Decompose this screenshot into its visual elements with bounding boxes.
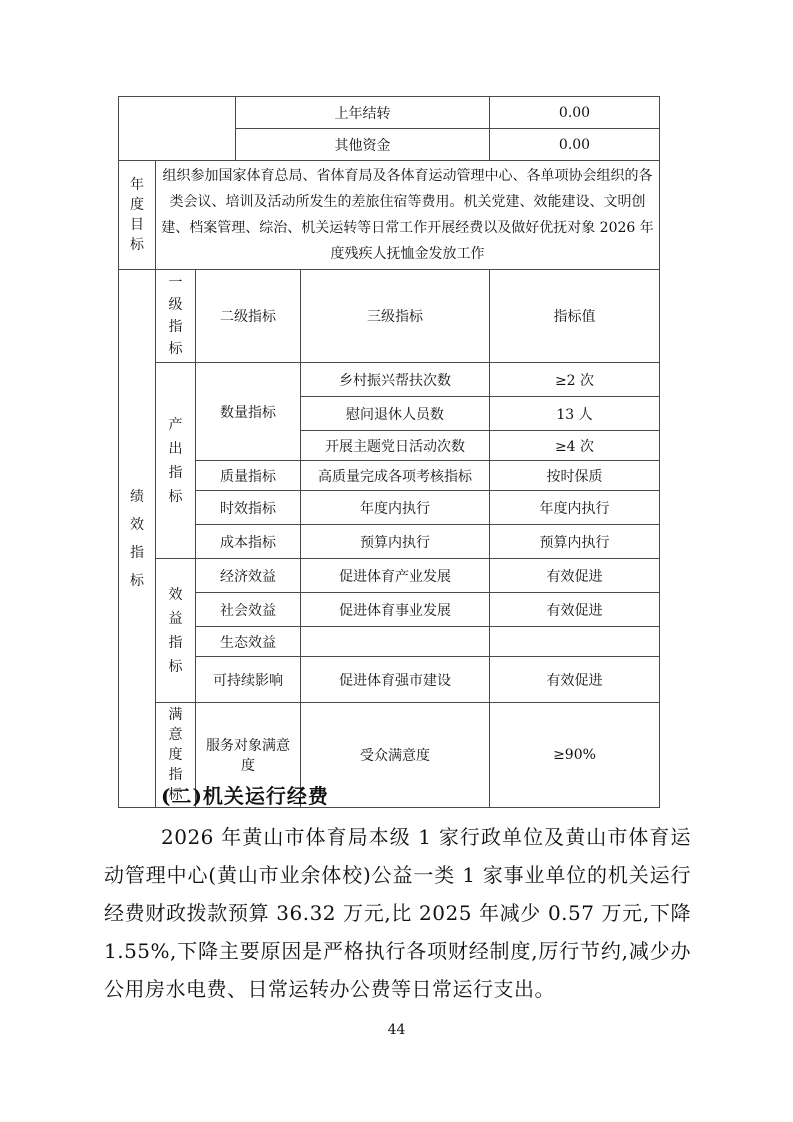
perf-indicator-value: 有效促进	[490, 559, 660, 593]
perf-output-label: 产出指标	[156, 363, 196, 559]
perf-benefit-label: 效益指标	[156, 559, 196, 703]
perf-ecological-label: 生态效益	[196, 627, 301, 657]
perf-indicator-value	[490, 627, 660, 657]
performance-table: 绩效指标 一级指标 二级指标 三级指标 指标值 产出指标 数量指标 乡村振兴帮扶…	[118, 269, 660, 808]
carryover-table: 上年结转 0.00 其他资金 0.00	[118, 96, 660, 161]
perf-indicator-value: ≥4 次	[490, 431, 660, 461]
table-row: 时效指标 年度内执行 年度内执行	[119, 491, 660, 525]
document-page: 上年结转 0.00 其他资金 0.00 年度目标 组织参加国家体育总局、省体育局…	[0, 0, 793, 1122]
perf-header-value: 指标值	[490, 270, 660, 363]
carryover-label: 其他资金	[236, 129, 490, 161]
annual-goal-text: 组织参加国家体育总局、省体育局及各体育运动管理中心、各单项协会组织的各类会议、培…	[156, 161, 660, 270]
carryover-empty-cell	[119, 97, 236, 161]
perf-social-label: 社会效益	[196, 593, 301, 627]
table-row: 效益指标 经济效益 促进体育产业发展 有效促进	[119, 559, 660, 593]
table-row: 成本指标 预算内执行 预算内执行	[119, 525, 660, 559]
page-number: 44	[0, 1022, 793, 1038]
perf-header-level3: 三级指标	[301, 270, 490, 363]
body-paragraph: 2026 年黄山市体育局本级 1 家行政单位及黄山市体育运动管理中心(黄山市业余…	[104, 818, 691, 1008]
perf-quality-label: 质量指标	[196, 461, 301, 491]
perf-indicator-value: 年度内执行	[490, 491, 660, 525]
perf-indicator-value: ≥90%	[490, 703, 660, 808]
perf-indicator-name: 乡村振兴帮扶次数	[301, 363, 490, 397]
perf-indicator-value: 13 人	[490, 397, 660, 431]
perf-indicator-value: 有效促进	[490, 657, 660, 703]
annual-goal-label: 年度目标	[119, 161, 156, 270]
table-row: 上年结转 0.00	[119, 97, 660, 129]
section-heading: (二)机关运行经费	[161, 780, 329, 809]
table-row: 产出指标 数量指标 乡村振兴帮扶次数 ≥2 次	[119, 363, 660, 397]
perf-indicator-name: 高质量完成各项考核指标	[301, 461, 490, 491]
table-row: 生态效益	[119, 627, 660, 657]
carryover-value: 0.00	[490, 129, 660, 161]
perf-indicator-value: 预算内执行	[490, 525, 660, 559]
table-row: 绩效指标 一级指标 二级指标 三级指标 指标值	[119, 270, 660, 363]
perf-indicator-name: 促进体育产业发展	[301, 559, 490, 593]
table-row: 年度目标 组织参加国家体育总局、省体育局及各体育运动管理中心、各单项协会组织的各…	[119, 161, 660, 270]
table-row: 质量指标 高质量完成各项考核指标 按时保质	[119, 461, 660, 491]
perf-header-level1: 一级指标	[156, 270, 196, 363]
perf-indicator-name: 促进体育强市建设	[301, 657, 490, 703]
perf-indicator-value: ≥2 次	[490, 363, 660, 397]
perf-indicator-name	[301, 627, 490, 657]
perf-timeliness-label: 时效指标	[196, 491, 301, 525]
perf-indicator-name: 预算内执行	[301, 525, 490, 559]
table-row: 社会效益 促进体育事业发展 有效促进	[119, 593, 660, 627]
table-row: 可持续影响 促进体育强市建设 有效促进	[119, 657, 660, 703]
carryover-value: 0.00	[490, 97, 660, 129]
perf-indicator-value: 有效促进	[490, 593, 660, 627]
perf-economic-label: 经济效益	[196, 559, 301, 593]
perf-indicator-name: 开展主题党日活动次数	[301, 431, 490, 461]
perf-indicator-name: 年度内执行	[301, 491, 490, 525]
annual-goal-table: 年度目标 组织参加国家体育总局、省体育局及各体育运动管理中心、各单项协会组织的各…	[118, 160, 660, 270]
perf-indicator-name: 促进体育事业发展	[301, 593, 490, 627]
carryover-label: 上年结转	[236, 97, 490, 129]
perf-header-level2: 二级指标	[196, 270, 301, 363]
perf-quantity-label: 数量指标	[196, 363, 301, 461]
perf-indicator-name: 慰问退休人员数	[301, 397, 490, 431]
budget-tables: 上年结转 0.00 其他资金 0.00 年度目标 组织参加国家体育总局、省体育局…	[118, 96, 659, 808]
perf-cost-label: 成本指标	[196, 525, 301, 559]
perf-indicator-value: 按时保质	[490, 461, 660, 491]
perf-sustainable-label: 可持续影响	[196, 657, 301, 703]
perf-side-label: 绩效指标	[119, 270, 156, 808]
